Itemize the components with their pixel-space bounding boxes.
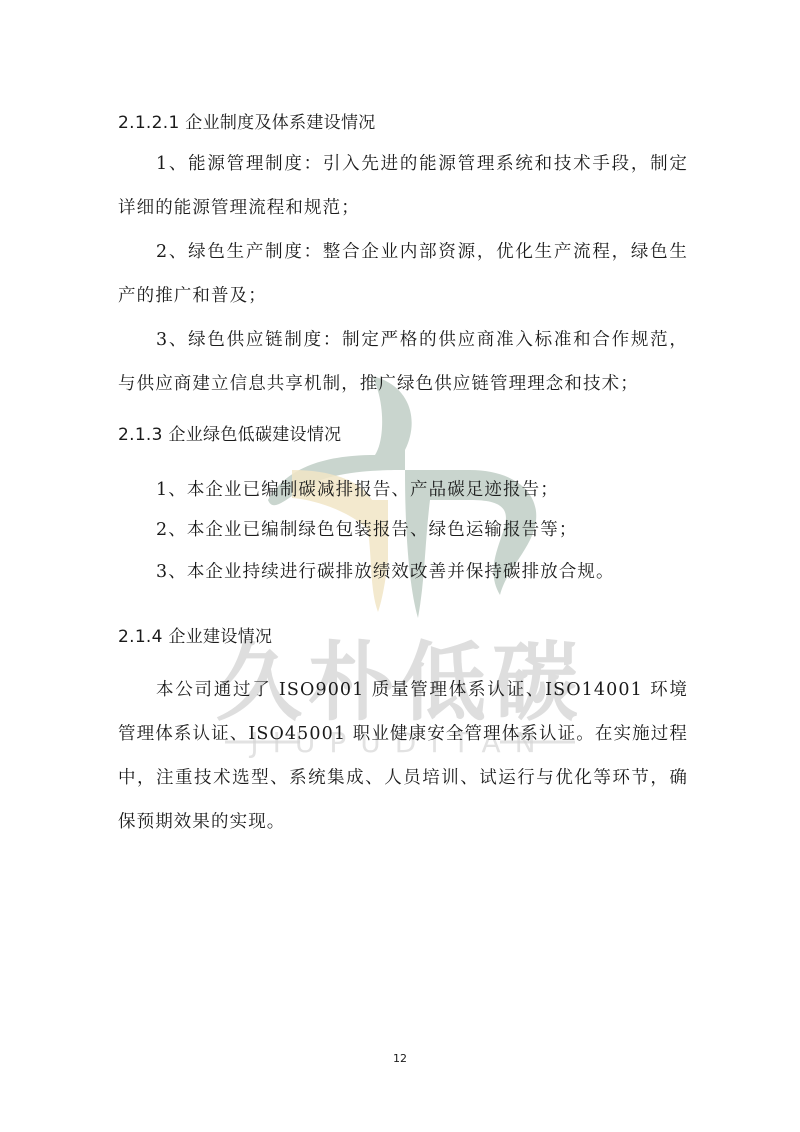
section-heading-2-1-2-1: 2.1.2.1 企业制度及体系建设情况	[118, 108, 376, 133]
page-number: 12	[0, 1052, 800, 1065]
paragraph-green-packaging-report: 2、本企业已编制绿色包装报告、绿色运输报告等；	[118, 508, 688, 552]
paragraph-energy-management: 1、能源管理制度：引入先进的能源管理系统和技术手段，制定详细的能源管理流程和规范…	[118, 142, 688, 230]
paragraph-carbon-performance: 3、本企业持续进行碳排放绩效改善并保持碳排放合规。	[118, 550, 688, 594]
document-page: 久朴低碳 JIUPUDITAN 2.1.2.1 企业制度及体系建设情况 1、能源…	[0, 0, 800, 1132]
paragraph-iso-certification: 本公司通过了 ISO9001 质量管理体系认证、ISO14001 环境管理体系认…	[118, 668, 688, 844]
paragraph-green-production: 2、绿色生产制度：整合企业内部资源，优化生产流程，绿色生产的推广和普及；	[118, 230, 688, 318]
paragraph-carbon-reduction-report: 1、本企业已编制碳减排报告、产品碳足迹报告；	[118, 468, 688, 512]
section-heading-2-1-4: 2.1.4 企业建设情况	[118, 622, 272, 647]
paragraph-green-supply-chain: 3、绿色供应链制度：制定严格的供应商准入标准和合作规范，与供应商建立信息共享机制…	[118, 318, 688, 406]
section-heading-2-1-3: 2.1.3 企业绿色低碳建设情况	[118, 420, 341, 445]
